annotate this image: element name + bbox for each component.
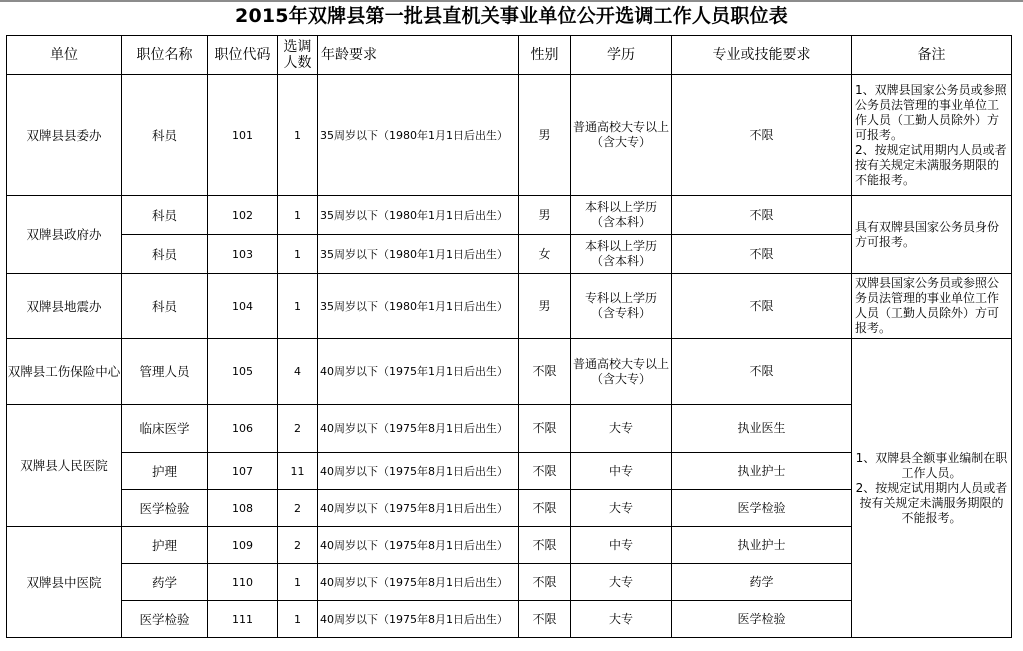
count-cell: 11	[278, 453, 318, 490]
education-cell: 普通高校大专以上（含大专）	[571, 75, 672, 196]
education-cell: 中专	[571, 527, 672, 564]
remark-cell: 双牌县国家公务员或参照公务员法管理的事业单位工作人员（工勤人员除外）方可报考。	[852, 274, 1012, 339]
education-cell: 本科以上学历（含本科）	[571, 235, 672, 274]
major-cell: 不限	[672, 274, 852, 339]
header-remark: 备注	[852, 36, 1012, 75]
major-cell: 不限	[672, 339, 852, 405]
education-cell: 大专	[571, 564, 672, 601]
header-row: 单位 职位名称 职位代码 选调人数 年龄要求 性别 学历 专业或技能要求 备注	[7, 36, 1012, 75]
major-cell: 医学检验	[672, 490, 852, 527]
major-cell: 医学检验	[672, 601, 852, 638]
count-cell: 1	[278, 601, 318, 638]
count-cell: 1	[278, 196, 318, 235]
remark-cell: 1、双牌县国家公务员或参照公务员法管理的事业单位工作人员（工勤人员除外）方可报考…	[852, 75, 1012, 196]
gender-cell: 不限	[519, 527, 571, 564]
post-code-cell: 106	[208, 405, 278, 453]
age-cell: 40周岁以下（1975年8月1日后出生）	[318, 601, 519, 638]
education-cell: 普通高校大专以上（含大专）	[571, 339, 672, 405]
count-cell: 2	[278, 490, 318, 527]
post-name-cell: 临床医学	[122, 405, 208, 453]
major-cell: 不限	[672, 235, 852, 274]
age-cell: 40周岁以下（1975年8月1日后出生）	[318, 564, 519, 601]
position-table: 单位 职位名称 职位代码 选调人数 年龄要求 性别 学历 专业或技能要求 备注 …	[6, 35, 1012, 638]
gender-cell: 不限	[519, 453, 571, 490]
count-cell: 1	[278, 564, 318, 601]
count-cell: 4	[278, 339, 318, 405]
post-name-cell: 药学	[122, 564, 208, 601]
header-gender: 性别	[519, 36, 571, 75]
post-name-cell: 护理	[122, 527, 208, 564]
major-cell: 执业护士	[672, 527, 852, 564]
age-cell: 40周岁以下（1975年8月1日后出生）	[318, 405, 519, 453]
post-name-cell: 科员	[122, 196, 208, 235]
education-cell: 专科以上学历（含专科）	[571, 274, 672, 339]
remark-cell: 具有双牌县国家公务员身份方可报考。	[852, 196, 1012, 274]
age-cell: 40周岁以下（1975年1月1日后出生）	[318, 339, 519, 405]
unit-cell: 双牌县工伤保险中心	[7, 339, 122, 405]
gender-cell: 不限	[519, 490, 571, 527]
age-cell: 35周岁以下（1980年1月1日后出生）	[318, 235, 519, 274]
gender-cell: 男	[519, 75, 571, 196]
post-name-cell: 科员	[122, 75, 208, 196]
count-cell: 1	[278, 75, 318, 196]
age-cell: 40周岁以下（1975年8月1日后出生）	[318, 527, 519, 564]
count-cell: 1	[278, 274, 318, 339]
major-cell: 执业医生	[672, 405, 852, 453]
major-cell: 不限	[672, 75, 852, 196]
gender-cell: 男	[519, 274, 571, 339]
education-cell: 大专	[571, 601, 672, 638]
major-cell: 药学	[672, 564, 852, 601]
remark-cell: 1、双牌县全额事业编制在职工作人员。2、按规定试用期内人员或者按有关规定未满服务…	[852, 339, 1012, 638]
post-name-cell: 科员	[122, 274, 208, 339]
education-cell: 本科以上学历（含本科）	[571, 196, 672, 235]
header-major: 专业或技能要求	[672, 36, 852, 75]
post-code-cell: 104	[208, 274, 278, 339]
table-row: 双牌县地震办 科员 104 1 35周岁以下（1980年1月1日后出生） 男 专…	[7, 274, 1012, 339]
count-cell: 2	[278, 405, 318, 453]
post-name-cell: 科员	[122, 235, 208, 274]
table-row: 双牌县县委办 科员 101 1 35周岁以下（1980年1月1日后出生） 男 普…	[7, 75, 1012, 196]
gender-cell: 不限	[519, 601, 571, 638]
unit-cell: 双牌县政府办	[7, 196, 122, 274]
count-cell: 1	[278, 235, 318, 274]
post-code-cell: 108	[208, 490, 278, 527]
age-cell: 40周岁以下（1975年8月1日后出生）	[318, 453, 519, 490]
header-unit: 单位	[7, 36, 122, 75]
header-age: 年龄要求	[318, 36, 519, 75]
unit-cell: 双牌县人民医院	[7, 405, 122, 527]
education-cell: 大专	[571, 405, 672, 453]
post-code-cell: 103	[208, 235, 278, 274]
post-name-cell: 护理	[122, 453, 208, 490]
header-post-name: 职位名称	[122, 36, 208, 75]
post-name-cell: 医学检验	[122, 490, 208, 527]
gender-cell: 不限	[519, 405, 571, 453]
count-cell: 2	[278, 527, 318, 564]
gender-cell: 不限	[519, 339, 571, 405]
header-count: 选调人数	[278, 36, 318, 75]
window-top-border	[0, 0, 1023, 2]
age-cell: 35周岁以下（1980年1月1日后出生）	[318, 196, 519, 235]
education-cell: 大专	[571, 490, 672, 527]
header-education: 学历	[571, 36, 672, 75]
post-code-cell: 105	[208, 339, 278, 405]
gender-cell: 男	[519, 196, 571, 235]
unit-cell: 双牌县县委办	[7, 75, 122, 196]
unit-cell: 双牌县地震办	[7, 274, 122, 339]
age-cell: 40周岁以下（1975年8月1日后出生）	[318, 490, 519, 527]
table-row: 双牌县政府办 科员 102 1 35周岁以下（1980年1月1日后出生） 男 本…	[7, 196, 1012, 235]
major-cell: 不限	[672, 196, 852, 235]
post-name-cell: 管理人员	[122, 339, 208, 405]
education-cell: 中专	[571, 453, 672, 490]
post-name-cell: 医学检验	[122, 601, 208, 638]
unit-cell: 双牌县中医院	[7, 527, 122, 638]
gender-cell: 不限	[519, 564, 571, 601]
post-code-cell: 110	[208, 564, 278, 601]
post-code-cell: 111	[208, 601, 278, 638]
post-code-cell: 109	[208, 527, 278, 564]
age-cell: 35周岁以下（1980年1月1日后出生）	[318, 274, 519, 339]
gender-cell: 女	[519, 235, 571, 274]
header-post-code: 职位代码	[208, 36, 278, 75]
age-cell: 35周岁以下（1980年1月1日后出生）	[318, 75, 519, 196]
table-row: 双牌县工伤保险中心 管理人员 105 4 40周岁以下（1975年1月1日后出生…	[7, 339, 1012, 405]
page-title: 2015年双牌县第一批县直机关事业单位公开选调工作人员职位表	[0, 3, 1023, 31]
major-cell: 执业护士	[672, 453, 852, 490]
post-code-cell: 101	[208, 75, 278, 196]
post-code-cell: 102	[208, 196, 278, 235]
post-code-cell: 107	[208, 453, 278, 490]
